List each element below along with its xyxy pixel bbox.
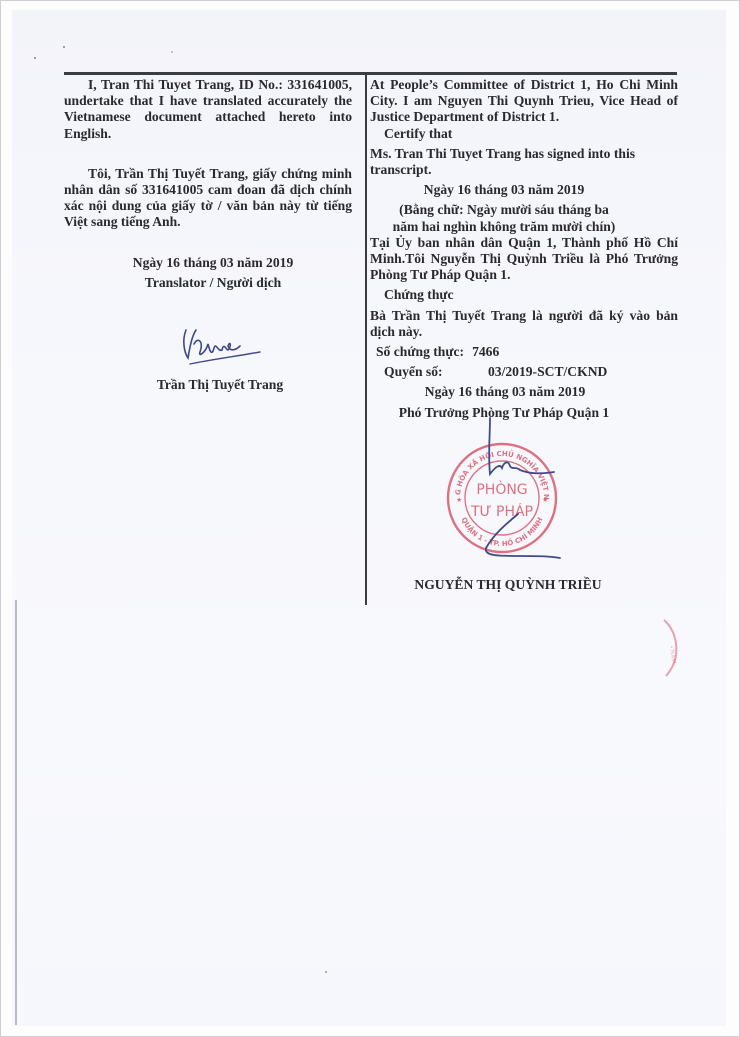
header-rule: [64, 72, 677, 75]
signing-date: Ngày 16 tháng 03 năm 2019: [332, 384, 678, 400]
translator-role: Translator / Người dịch: [74, 275, 352, 291]
certification-number: 7466: [464, 344, 499, 360]
certification-number-row: Số chứng thực: 7466: [370, 344, 678, 360]
translator-column: I, Tran Thi Tuyet Trang, ID No.: 3316410…: [64, 77, 352, 291]
certify-heading-vietnamese: Chứng thực: [370, 287, 678, 303]
date-in-words-line1: (Bằng chữ: Ngày mười sáu tháng ba: [330, 202, 678, 218]
scan-speck: [171, 51, 173, 53]
certifier-intro-english: At People’s Committee of District 1, Ho …: [370, 77, 678, 126]
translator-signature: [178, 322, 264, 368]
scan-speck: [63, 46, 65, 48]
book-number: 03/2019-SCT/CKND: [488, 364, 607, 380]
translator-date: Ngày 16 tháng 03 năm 2019: [74, 255, 352, 271]
translator-statement-english: I, Tran Thi Tuyet Trang, ID No.: 3316410…: [64, 77, 352, 142]
book-number-label: Quyển số:: [370, 364, 488, 380]
certification-column: At People’s Committee of District 1, Ho …: [370, 77, 678, 421]
certification-number-label: Số chứng thực:: [370, 344, 464, 360]
scan-edge-line: [15, 600, 17, 1025]
column-divider: [365, 73, 367, 605]
scan-speck: [325, 971, 327, 973]
book-number-row: Quyển số: 03/2019-SCT/CKND: [370, 364, 678, 380]
certification-date: Ngày 16 tháng 03 năm 2019: [330, 182, 678, 198]
partial-stamp-mark: • NAM: [658, 618, 698, 678]
scan-speck: [34, 57, 36, 59]
certification-statement-vietnamese: Bà Trần Thị Tuyết Trang là người đã ký v…: [370, 308, 678, 340]
certifier-name: NGUYỄN THỊ QUỲNH TRIỀU: [370, 577, 646, 593]
translator-statement-vietnamese: Tôi, Trần Thị Tuyết Trang, giấy chứng mi…: [64, 166, 352, 231]
date-in-words-line2: năm hai nghìn không trăm mười chín): [330, 219, 678, 235]
certification-statement-english: Ms. Tran Thi Tuyet Trang has signed into…: [370, 146, 678, 178]
certifier-intro-vietnamese: Tại Ủy ban nhân dân Quận 1, Thành phố Hồ…: [370, 235, 678, 284]
translator-name: Trần Thị Tuyết Trang: [110, 377, 330, 393]
certifier-signature: [450, 416, 570, 562]
certify-heading-english: Certify that: [370, 126, 678, 142]
